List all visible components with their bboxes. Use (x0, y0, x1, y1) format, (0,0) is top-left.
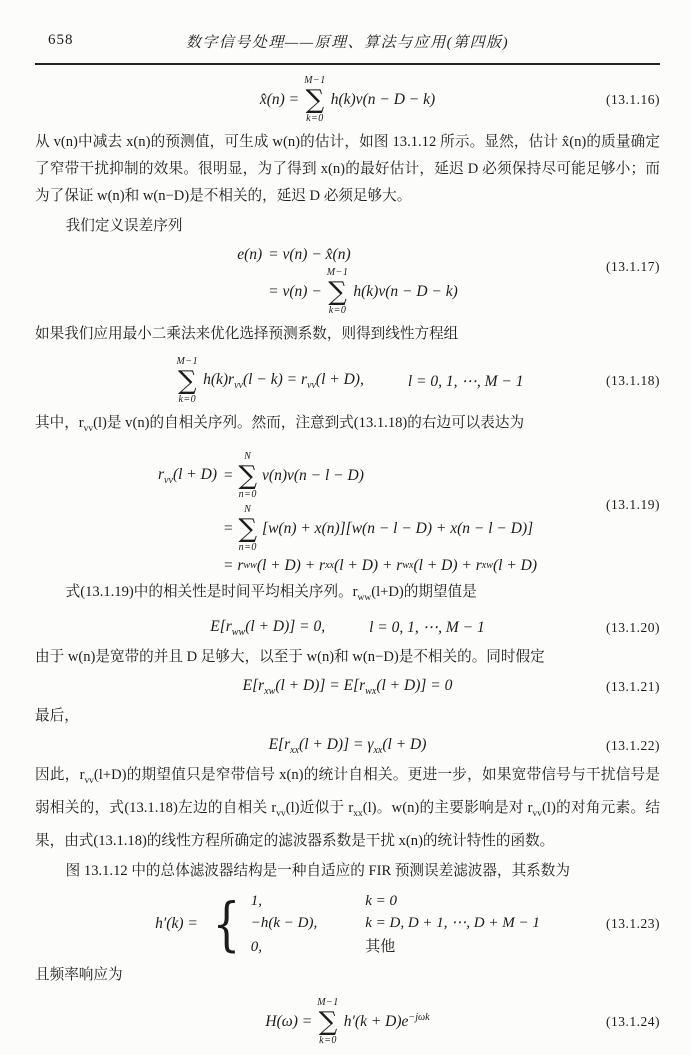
sigma-icon: ∑ (238, 463, 257, 489)
equation-rhs: = v(n) − x̂(n) (268, 246, 350, 264)
equation-number: (13.1.21) (606, 679, 660, 695)
paragraph: 式(13.1.19)中的相关性是时间平均相关序列。rww(l+D)的期望值是 (35, 579, 660, 612)
sigma-icon: ∑ (178, 368, 197, 394)
equation-term: = v(n) − (268, 283, 322, 301)
equation-13-1-22: E[rxx(l + D)] = γxx(l + D) (13.1.22) (35, 736, 660, 756)
equation-13-1-24: H(ω) = M−1 ∑ k=0 h′(k + D)e−jωk (13.1.24… (35, 997, 660, 1047)
equation-number: (13.1.23) (606, 916, 660, 932)
equation-rhs: = N ∑ n=0 [w(n) + x(n)][w(n − l − D) + x… (223, 504, 533, 554)
sigma-icon: ∑ (319, 1009, 338, 1035)
summation-symbol: M−1 ∑ k=0 (304, 75, 326, 125)
sum-lower-limit: k=0 (178, 394, 196, 406)
equation-number: (13.1.17) (606, 259, 660, 275)
equation-number: (13.1.24) (606, 1014, 660, 1030)
equation-rhs: = v(n) − M−1 ∑ k=0 h(k)v(n − D − k) (268, 267, 458, 317)
equation-13-1-20: E[rww(l + D)] = 0, l = 0, 1, ⋯, M − 1 (1… (35, 618, 660, 638)
case-value: 0, (251, 939, 317, 956)
book-page: 658 数字信号处理——原理、算法与应用(第四版) x̂(n) = M−1 ∑ … (0, 0, 691, 1055)
sum-lower-limit: n=0 (239, 489, 257, 501)
sum-lower-limit: k=0 (319, 1035, 337, 1047)
equation-term: = (223, 467, 233, 485)
paragraph: 因此，rvv(l+D)的期望值只是窄带信号 x(n)的统计自相关。更进一步，如果… (35, 762, 660, 855)
equation-lines: e(n) = v(n) − x̂(n) = v(n) − M−1 ∑ k=0 h… (237, 246, 458, 317)
equation-rhs: h′(k + D)e−jωk (344, 1012, 430, 1031)
equation-body: h(k)rvv(l − k) = rvv(l + D), (203, 371, 364, 391)
equation-body: E[rww(l + D)] = 0, (210, 618, 325, 638)
case-condition: k = D, D + 1, ⋯, D + M − 1 (365, 913, 540, 932)
equation-number: (13.1.20) (606, 620, 660, 636)
equation-term: [w(n) + x(n)][w(n − l − D) + x(n − l − D… (262, 520, 533, 538)
equation-term: h(k)v(n − D − k) (353, 283, 457, 301)
equation-13-1-18: M−1 ∑ k=0 h(k)rvv(l − k) = rvv(l + D), l… (35, 356, 660, 406)
paragraph: 图 13.1.12 中的总体滤波器结构是一种自适应的 FIR 预测误差滤波器，其… (35, 858, 660, 885)
sum-lower-limit: n=0 (239, 542, 257, 554)
equation-13-1-21: E[rxw(l + D)] = E[rwx(l + D)] = 0 (13.1.… (35, 677, 660, 697)
equation-lhs: h′(k) = (155, 915, 198, 933)
sigma-icon: ∑ (328, 279, 347, 305)
case-value: −h(k − D), (251, 915, 317, 932)
equation-13-1-19: rvv(l + D) = N ∑ n=0 v(n)v(n − l − D) = … (35, 451, 660, 575)
paragraph: 从 v(n)中减去 x(n)的预测值，可生成 w(n)的估计，如图 13.1.1… (35, 129, 660, 210)
equation-number: (13.1.18) (606, 373, 660, 389)
book-title: 数字信号处理——原理、算法与应用(第四版) (35, 30, 660, 52)
equation-lhs: H(ω) = (265, 1013, 312, 1031)
page-number: 658 (48, 32, 74, 49)
case-value: 1, (251, 893, 317, 910)
page-header: 658 数字信号处理——原理、算法与应用(第四版) (35, 30, 660, 56)
case-condition: 其他 (365, 935, 540, 956)
equation-condition: l = 0, 1, ⋯, M − 1 (369, 618, 485, 637)
equation-13-1-17: e(n) = v(n) − x̂(n) = v(n) − M−1 ∑ k=0 h… (35, 246, 660, 317)
equation-term: = (223, 520, 233, 538)
paragraph: 最后， (35, 703, 660, 730)
sigma-icon: ∑ (306, 87, 325, 113)
cases-rows: 1, k = 0 −h(k − D), k = D, D + 1, ⋯, D +… (251, 893, 540, 956)
equation-number: (13.1.16) (606, 92, 660, 108)
equation-lhs: rvv(l + D) (158, 466, 217, 486)
paragraph: 如果我们应用最小二乘法来优化选择预测系数，则得到线性方程组 (35, 321, 660, 348)
equation-rhs: = N ∑ n=0 v(n)v(n − l − D) (223, 451, 364, 501)
case-condition: k = 0 (365, 893, 540, 910)
sum-lower-limit: k=0 (306, 113, 324, 125)
equation-number: (13.1.22) (606, 738, 660, 754)
equation-lines: rvv(l + D) = N ∑ n=0 v(n)v(n − l − D) = … (158, 451, 537, 575)
paragraph: 且频率响应为 (35, 962, 660, 989)
sigma-icon: ∑ (238, 516, 257, 542)
equation-term: v(n)v(n − l − D) (262, 467, 364, 485)
summation-symbol: N ∑ n=0 (238, 504, 257, 554)
summation-symbol: M−1 ∑ k=0 (327, 267, 349, 317)
equation-lhs: x̂(n) = (260, 91, 299, 109)
paragraph: 由于 w(n)是宽带的并且 D 足够大，以至于 w(n)和 w(n−D)是不相关… (35, 644, 660, 671)
equation-number: (13.1.19) (606, 497, 660, 513)
equation-condition: l = 0, 1, ⋯, M − 1 (408, 372, 524, 391)
cases-brace-icon: { (212, 900, 240, 949)
summation-symbol: M−1 ∑ k=0 (177, 356, 199, 406)
equation-rhs: = rww(l + D) + rxx(l + D) + rwx(l + D) +… (223, 557, 537, 575)
paragraph: 其中，rvv(l)是 v(n)的自相关序列。然而，注意到式(13.1.18)的右… (35, 410, 660, 443)
header-rule (35, 63, 660, 65)
equation-13-1-23: h′(k) = { 1, k = 0 −h(k − D), k = D, D +… (35, 893, 660, 956)
paragraph: 我们定义误差序列 (35, 213, 660, 240)
equation-rhs: h(k)v(n − D − k) (331, 91, 435, 109)
sum-lower-limit: k=0 (329, 305, 347, 317)
equation-lhs: e(n) (237, 246, 262, 264)
equation-13-1-16: x̂(n) = M−1 ∑ k=0 h(k)v(n − D − k) (13.1… (35, 75, 660, 125)
summation-symbol: M−1 ∑ k=0 (317, 997, 339, 1047)
summation-symbol: N ∑ n=0 (238, 451, 257, 501)
equation-body: E[rxw(l + D)] = E[rwx(l + D)] = 0 (243, 677, 453, 697)
equation-body: E[rxx(l + D)] = γxx(l + D) (269, 736, 427, 756)
